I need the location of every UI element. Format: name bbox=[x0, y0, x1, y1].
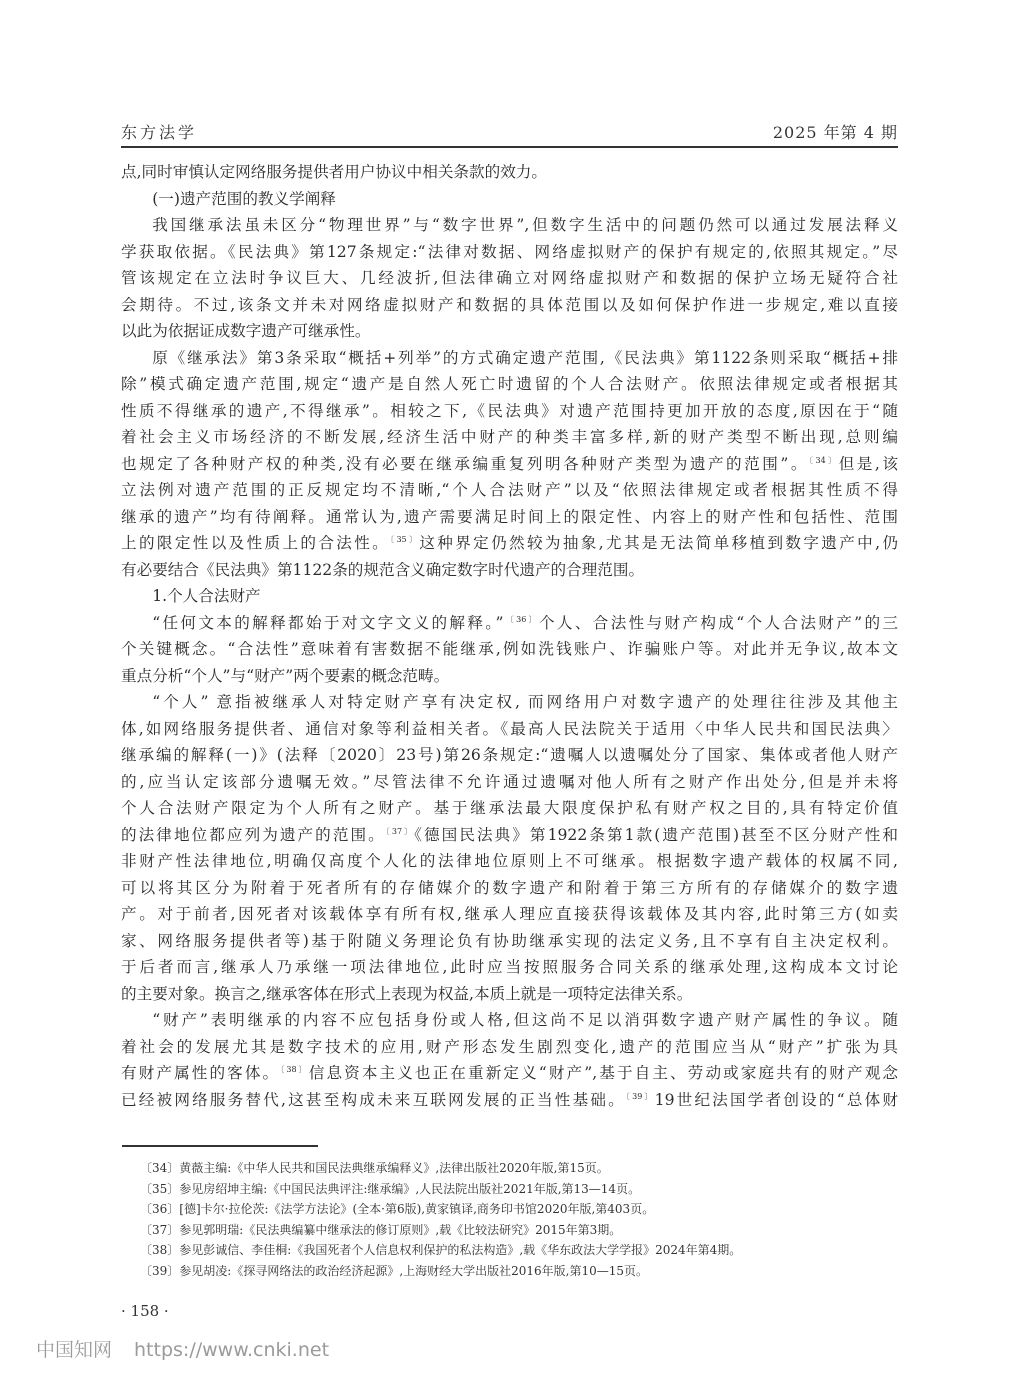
line-text: 有财产属性的客体。 bbox=[121, 1064, 280, 1082]
footnote-ref[interactable]: 〔35〕 bbox=[390, 535, 419, 544]
line-text: 着社会的发展尤其是数字技术的应用,财产形态发生剧烈变化,遗产的范围应当从“财产”… bbox=[121, 1038, 898, 1056]
footnote-ref[interactable]: 〔37〕 bbox=[386, 827, 414, 836]
body-line: “个人” 意指被继承人对特定财产享有决定权, 而网络用户对数字遗产的处理往往涉及… bbox=[121, 689, 898, 716]
line-text: 的法律地位都应列为遗产的范围。 bbox=[121, 826, 386, 844]
line-text: 性质不得继承的遗产,不得继承”。相较之下,《民法典》对遗产范围持更加开放的态度,… bbox=[121, 402, 898, 420]
body-line: “财产”表明继承的内容不应包括身份或人格,但这尚不足以消弭数字遗产财产属性的争议… bbox=[121, 1007, 898, 1034]
line-text: 立法例对遗产范围的正反规定均不清晰,“个人合法财产”以及“依照法律规定或者根据其… bbox=[121, 481, 898, 499]
line-text: 个关键概念。“合法性”意味着有害数据不能继承,例如洗钱账户、诈骗账户等。对此并无… bbox=[121, 640, 898, 658]
body-line: 非财产性法律地位,明确仅高度个人化的法律地位原则上不可继承。根据数字遗产载体的权… bbox=[121, 848, 898, 875]
line-text: 可以将其区分为附着于死者所有的存储媒介的数字遗产和附着于第三方所有的存储媒介的数… bbox=[121, 879, 898, 897]
footnote-item: 〔37〕参见郭明瑞:《民法典编纂中继承法的修订原则》,载《比较法研究》2015年… bbox=[140, 1220, 840, 1241]
section-heading: 1.个人合法财产 bbox=[121, 583, 898, 610]
footnote-item: 〔36〕[德]卡尔·拉伦茨:《法学方法论》(全本·第6版),黄家镇译,商务印书馆… bbox=[140, 1199, 840, 1220]
footnote-rule bbox=[122, 1145, 318, 1147]
body-line: 点,同时审慎认定网络服务提供者用户协议中相关条款的效力。 bbox=[121, 159, 898, 186]
footnotes: 〔34〕黄薇主编:《中华人民共和国民法典继承编释义》,法律出版社2020年版,第… bbox=[140, 1158, 840, 1281]
line-text: 原《继承法》第3条采取“概括+列举”的方式确定遗产范围,《民法典》第1122条则… bbox=[152, 349, 898, 367]
line-text: 这种界定仍然较为抽象,尤其是无法简单移植到数字遗产中,仍 bbox=[419, 534, 898, 552]
watermark-url[interactable]: https://www.cnki.net bbox=[134, 1339, 329, 1361]
line-text: 但是,该 bbox=[839, 455, 898, 473]
body-line: 可以将其区分为附着于死者所有的存储媒介的数字遗产和附着于第三方所有的存储媒介的数… bbox=[121, 875, 898, 902]
line-text: 个人合法财产限定为个人所有之财产。基于继承法最大限度保护私有财产权之目的,具有特… bbox=[121, 799, 898, 817]
line-text: 信息资本主义也正在重新定义“财产”,基于自主、劳动或家庭共有的财产观念 bbox=[309, 1064, 898, 1082]
line-text: 非财产性法律地位,明确仅高度个人化的法律地位原则上不可继承。根据数字遗产载体的权… bbox=[121, 852, 898, 870]
line-text: 的主要对象。换言之,继承客体在形式上表现为权益,本质上就是一项特定法律关系。 bbox=[121, 985, 692, 1003]
article-body: 点,同时审慎认定网络服务提供者用户协议中相关条款的效力。(一)遗产范围的教义学阐… bbox=[121, 159, 898, 1113]
footnote-ref[interactable]: 〔38〕 bbox=[280, 1065, 308, 1074]
body-line: 重点分析“个人”与“财产”两个要素的概念范畴。 bbox=[121, 663, 898, 690]
body-line: 着社会的发展尤其是数字技术的应用,财产形态发生剧烈变化,遗产的范围应当从“财产”… bbox=[121, 1034, 898, 1061]
body-line: 家、网络服务提供者等)基于附随义务理论负有协助继承实现的法定义务,且不享有自主决… bbox=[121, 928, 898, 955]
footnote-item: 〔34〕黄薇主编:《中华人民共和国民法典继承编释义》,法律出版社2020年版,第… bbox=[140, 1158, 840, 1179]
body-line: 于后者而言,继承人乃承继一项法律地位,此时应当按照服务合同关系的继承处理,这构成… bbox=[121, 954, 898, 981]
body-line: 原《继承法》第3条采取“概括+列举”的方式确定遗产范围,《民法典》第1122条则… bbox=[121, 345, 898, 372]
line-text: 会期待。不过,该条文并未对网络虚拟财产和数据的具体范围以及如何保护作进一步规定,… bbox=[121, 296, 898, 314]
line-text: 继承的遗产”均有待阐释。通常认为,遗产需要满足时间上的限定性、内容上的财产性和包… bbox=[121, 508, 898, 526]
body-line: 以此为依据证成数字遗产可继承性。 bbox=[121, 318, 898, 345]
line-text: 《德国民法典》第1922条第1款(遗产范围)甚至不区分财产性和 bbox=[414, 826, 898, 844]
line-text: 重点分析“个人”与“财产”两个要素的概念范畴。 bbox=[121, 667, 449, 685]
footnote-ref[interactable]: 〔34〕 bbox=[809, 456, 839, 465]
watermark: 中国知网https://www.cnki.net bbox=[36, 1335, 329, 1362]
line-text: 产。对于前者,因死者对该载体享有所有权,继承人理应直接获得该载体及其内容,此时第… bbox=[121, 905, 898, 923]
body-line: 有必要结合《民法典》第1122条的规范含义确定数字时代遗产的合理范围。 bbox=[121, 557, 898, 584]
line-text: 已经被网络服务替代,这甚至构成未来互联网发展的正当性基础。 bbox=[121, 1091, 626, 1109]
body-line: 也规定了各种财产权的种类,没有必要在继承编重复列明各种财产类型为遗产的范围”。〔… bbox=[121, 451, 898, 478]
body-line: 有财产属性的客体。〔38〕信息资本主义也正在重新定义“财产”,基于自主、劳动或家… bbox=[121, 1060, 898, 1087]
body-line: 个关键概念。“合法性”意味着有害数据不能继承,例如洗钱账户、诈骗账户等。对此并无… bbox=[121, 636, 898, 663]
body-line: 的主要对象。换言之,继承客体在形式上表现为权益,本质上就是一项特定法律关系。 bbox=[121, 981, 898, 1008]
line-text: 的,应当认定该部分遗嘱无效。”尽管法律不允许通过遗嘱对他人所有之财产作出处分,但… bbox=[121, 773, 898, 791]
header-rule bbox=[121, 146, 898, 148]
body-line: 的法律地位都应列为遗产的范围。〔37〕《德国民法典》第1922条第1款(遗产范围… bbox=[121, 822, 898, 849]
line-text: 家、网络服务提供者等)基于附随义务理论负有协助继承实现的法定义务,且不享有自主决… bbox=[121, 932, 898, 950]
footnote-item: 〔38〕参见彭诚信、李佳桐:《我国死者个人信息权利保护的私法构造》,载《华东政法… bbox=[140, 1240, 840, 1261]
line-text: 管该规定在立法时争议巨大、几经波折,但法律确立对网络虚拟财产和数据的保护立场无疑… bbox=[121, 269, 898, 287]
body-line: 继承编的解释(一)》(法释〔2020〕23号)第26条规定:“遗嘱人以遗嘱处分了… bbox=[121, 742, 898, 769]
footnote-ref[interactable]: 〔36〕 bbox=[503, 615, 539, 624]
line-text: “个人” 意指被继承人对特定财产享有决定权, 而网络用户对数字遗产的处理往往涉及… bbox=[152, 693, 898, 711]
line-text: 体,如网络服务提供者、通信对象等利益相关者。《最高人民法院关于适用〈中华人民共和… bbox=[121, 720, 898, 738]
body-line: 会期待。不过,该条文并未对网络虚拟财产和数据的具体范围以及如何保护作进一步规定,… bbox=[121, 292, 898, 319]
body-line: 个人合法财产限定为个人所有之财产。基于继承法最大限度保护私有财产权之目的,具有特… bbox=[121, 795, 898, 822]
body-line: 产。对于前者,因死者对该载体享有所有权,继承人理应直接获得该载体及其内容,此时第… bbox=[121, 901, 898, 928]
line-text: 于后者而言,继承人乃承继一项法律地位,此时应当按照服务合同关系的继承处理,这构成… bbox=[121, 958, 898, 976]
line-text: 着社会主义市场经济的不断发展,经济生活中财产的种类丰富多样,新的财产类型不断出现… bbox=[121, 428, 898, 446]
watermark-brand: 中国知网 bbox=[36, 1339, 112, 1361]
line-text: 以此为依据证成数字遗产可继承性。 bbox=[121, 322, 371, 340]
line-text: 继承编的解释(一)》(法释〔2020〕23号)第26条规定:“遗嘱人以遗嘱处分了… bbox=[121, 746, 898, 764]
line-text: 个人、合法性与财产构成“个人合法财产”的三 bbox=[539, 614, 898, 632]
body-line: 性质不得继承的遗产,不得继承”。相较之下,《民法典》对遗产范围持更加开放的态度,… bbox=[121, 398, 898, 425]
line-text: 上的限定性以及性质上的合法性。 bbox=[121, 534, 390, 552]
body-line: 的,应当认定该部分遗嘱无效。”尽管法律不允许通过遗嘱对他人所有之财产作出处分,但… bbox=[121, 769, 898, 796]
line-text: 1.个人合法财产 bbox=[152, 587, 260, 605]
line-text: “财产”表明继承的内容不应包括身份或人格,但这尚不足以消弭数字遗产财产属性的争议… bbox=[152, 1011, 898, 1029]
line-text: 点,同时审慎认定网络服务提供者用户协议中相关条款的效力。 bbox=[121, 163, 547, 181]
running-header: 东方法学 2025 年第 4 期 bbox=[121, 120, 898, 144]
footnote-item: 〔39〕参见胡凌:《探寻网络法的政治经济起源》,上海财经大学出版社2016年版,… bbox=[140, 1261, 840, 1282]
line-text: (一)遗产范围的教义学阐释 bbox=[152, 190, 336, 208]
issue-label: 2025 年第 4 期 bbox=[773, 120, 898, 143]
footnote-ref[interactable]: 〔39〕 bbox=[626, 1092, 655, 1101]
page-number: · 158 · bbox=[121, 1302, 169, 1320]
body-line: 着社会主义市场经济的不断发展,经济生活中财产的种类丰富多样,新的财产类型不断出现… bbox=[121, 424, 898, 451]
journal-name: 东方法学 bbox=[121, 120, 197, 143]
body-line: 我国继承法虽未区分“物理世界”与“数字世界”,但数字生活中的问题仍然可以通过发展… bbox=[121, 212, 898, 239]
body-line: 立法例对遗产范围的正反规定均不清晰,“个人合法财产”以及“依照法律规定或者根据其… bbox=[121, 477, 898, 504]
body-line: 上的限定性以及性质上的合法性。〔35〕这种界定仍然较为抽象,尤其是无法简单移植到… bbox=[121, 530, 898, 557]
line-text: 有必要结合《民法典》第1122条的规范含义确定数字时代遗产的合理范围。 bbox=[121, 561, 644, 579]
body-line: 已经被网络服务替代,这甚至构成未来互联网发展的正当性基础。〔39〕19世纪法国学… bbox=[121, 1087, 898, 1114]
line-text: 也规定了各种财产权的种类,没有必要在继承编重复列明各种财产类型为遗产的范围”。 bbox=[121, 455, 809, 473]
body-line: 继承的遗产”均有待阐释。通常认为,遗产需要满足时间上的限定性、内容上的财产性和包… bbox=[121, 504, 898, 531]
body-line: 管该规定在立法时争议巨大、几经波折,但法律确立对网络虚拟财产和数据的保护立场无疑… bbox=[121, 265, 898, 292]
body-line: “任何文本的解释都始于对文字文义的解释。”〔36〕个人、合法性与财产构成“个人合… bbox=[121, 610, 898, 637]
line-text: 我国继承法虽未区分“物理世界”与“数字世界”,但数字生活中的问题仍然可以通过发展… bbox=[152, 216, 898, 234]
line-text: “任何文本的解释都始于对文字文义的解释。” bbox=[152, 614, 503, 632]
line-text: 除”模式确定遗产范围,规定“遗产是自然人死亡时遗留的个人合法财产。依照法律规定或… bbox=[121, 375, 898, 393]
line-text: 19世纪法国学者创设的“总体财 bbox=[655, 1091, 898, 1109]
line-text: 学获取依据。《民法典》第127条规定:“法律对数据、网络虚拟财产的保护有规定的,… bbox=[121, 243, 898, 261]
footnote-item: 〔35〕参见房绍坤主编:《中国民法典评注:继承编》,人民法院出版社2021年版,… bbox=[140, 1179, 840, 1200]
section-heading: (一)遗产范围的教义学阐释 bbox=[121, 186, 898, 213]
body-line: 体,如网络服务提供者、通信对象等利益相关者。《最高人民法院关于适用〈中华人民共和… bbox=[121, 716, 898, 743]
body-line: 学获取依据。《民法典》第127条规定:“法律对数据、网络虚拟财产的保护有规定的,… bbox=[121, 239, 898, 266]
body-line: 除”模式确定遗产范围,规定“遗产是自然人死亡时遗留的个人合法财产。依照法律规定或… bbox=[121, 371, 898, 398]
